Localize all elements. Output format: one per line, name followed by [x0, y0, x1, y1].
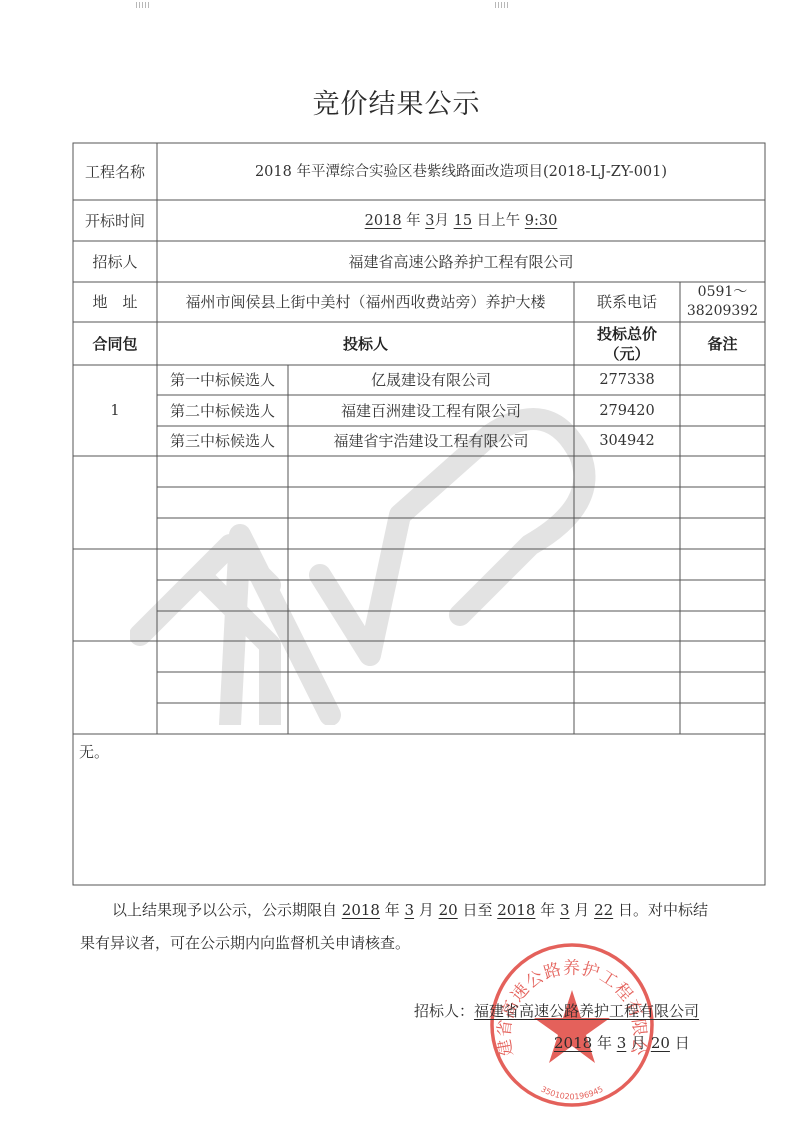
date-unit: 日 [670, 1034, 690, 1052]
date-unit: 年 [592, 1034, 617, 1052]
notice-text: 以上结果现予以公示，公示期限自 [112, 901, 342, 919]
notice-start-month: 3 [405, 901, 415, 919]
opening-year: 2018 [365, 213, 402, 229]
candidate-price: 304942 [574, 426, 680, 456]
header-bidder: 投标人 [157, 322, 574, 365]
notice-start-year: 2018 [342, 901, 380, 919]
header-price: 投标总价 （元） [574, 322, 680, 365]
opening-day: 15 [454, 213, 472, 229]
opening-time-label: 开标时间 [73, 200, 157, 241]
header-remark: 备注 [680, 322, 765, 365]
candidate-rank: 第三中标候选人 [157, 426, 288, 456]
candidate-price: 279420 [574, 395, 680, 426]
svg-text:3501020196945: 3501020196945 [539, 1085, 604, 1102]
candidate-company: 亿晟建设有限公司 [288, 365, 574, 395]
signature-day: 20 [651, 1034, 670, 1052]
tenderer-value: 福建省高速公路养护工程有限公司 [157, 241, 765, 282]
notice-text: 月 [570, 901, 595, 919]
address-value: 福州市闽侯县上街中美村（福州西收费站旁）养护大楼 [157, 282, 574, 322]
address-label: 地 址 [73, 282, 157, 322]
phone-line-2: 38209392 [687, 302, 758, 321]
day-unit: 日上午 [472, 213, 525, 229]
package-number: 1 [73, 365, 157, 456]
candidate-company: 福建百洲建设工程有限公司 [288, 395, 574, 426]
signature-company: 福建省高速公路养护工程有限公司 [474, 1002, 699, 1020]
project-name-value: 2018 年平潭综合实验区巷紫线路面改造项目(2018-LJ-ZY-001) [157, 143, 765, 200]
opening-month: 3 [425, 213, 434, 229]
tenderer-label: 招标人 [73, 241, 157, 282]
remarks-text: 无。 [79, 741, 109, 762]
header-price-line-2: （元） [604, 344, 649, 364]
company-seal-icon: 福建省高速公路养护工程有限公司 3501020196945 [487, 940, 657, 1110]
signature-label: 招标人： [414, 1002, 474, 1020]
notice-text: 年 [380, 901, 405, 919]
signature-month: 3 [617, 1034, 627, 1052]
notice-end-month: 3 [560, 901, 570, 919]
notice-end-day: 22 [594, 901, 613, 919]
notice-start-day: 20 [439, 901, 458, 919]
notice-paragraph-line-1: 以上结果现予以公示，公示期限自 2018 年 3 月 20 日至 2018 年 … [80, 900, 720, 920]
candidate-rank: 第一中标候选人 [157, 365, 288, 395]
document-page: 竞价结果公示 [0, 0, 793, 1121]
notice-end-year: 2018 [497, 901, 535, 919]
candidate-company: 福建省宇浩建设工程有限公司 [288, 426, 574, 456]
page-title: 竞价结果公示 [0, 82, 793, 121]
candidate-rank: 第二中标候选人 [157, 395, 288, 426]
signature-line: 招标人：福建省高速公路养护工程有限公司 [414, 1000, 699, 1021]
notice-paragraph-line-2: 果有异议者，可在公示期内向监督机关申请核查。 [80, 933, 720, 953]
candidate-price: 277338 [574, 365, 680, 395]
phone-label: 联系电话 [574, 282, 680, 322]
date-unit: 月 [626, 1034, 651, 1052]
notice-text: 年 [535, 901, 560, 919]
scan-artifacts [0, 2, 793, 10]
month-unit: 月 [435, 213, 454, 229]
opening-time-value: 2018 年 3月 15 日上午 9:30 [157, 200, 765, 241]
header-price-line-1: 投标总价 [597, 324, 657, 344]
notice-text: 日。对中标结 [613, 901, 708, 919]
opening-clock-time: 9:30 [525, 213, 558, 229]
signature-year: 2018 [554, 1034, 592, 1052]
phone-line-1: 0591～ [698, 283, 748, 302]
phone-value: 0591～ 38209392 [680, 282, 765, 322]
project-name-label: 工程名称 [73, 143, 157, 200]
notice-text: 日至 [458, 901, 498, 919]
notice-text: 月 [414, 901, 439, 919]
signature-date: 2018 年 3 月 20 日 [554, 1032, 690, 1053]
year-unit: 年 [402, 213, 426, 229]
header-package: 合同包 [73, 322, 157, 365]
